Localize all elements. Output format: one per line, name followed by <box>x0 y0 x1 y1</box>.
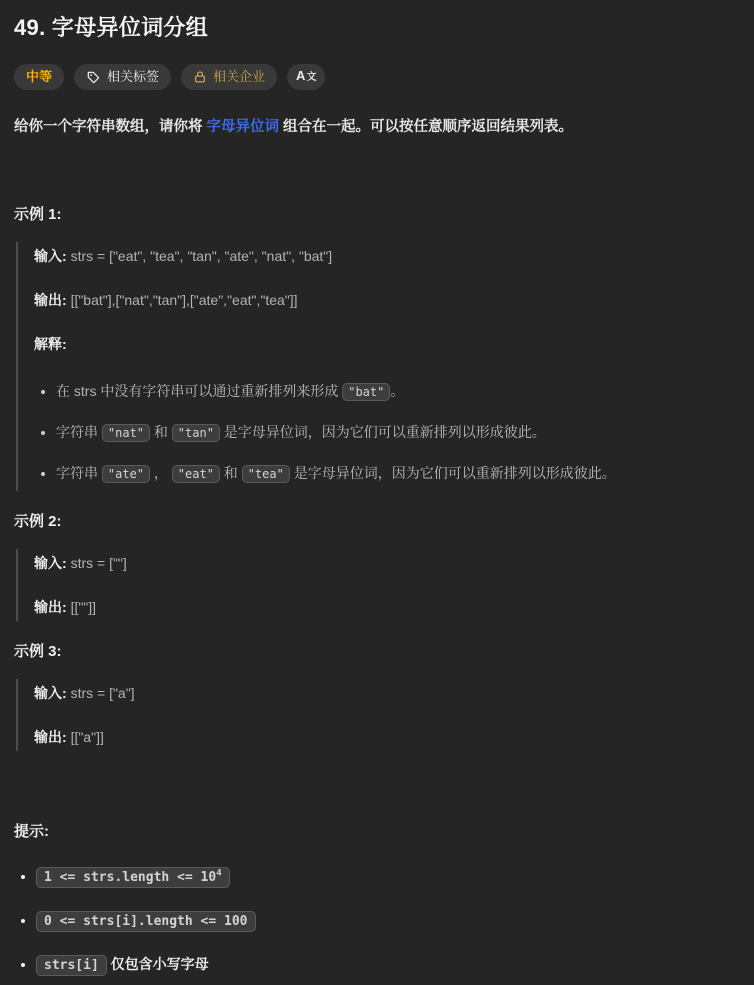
badge-row: 中等 相关标签 相关企业 A文 <box>14 64 740 90</box>
description-prefix: 给你一个字符串数组，请你将 <box>14 119 207 135</box>
example-3-output: 输出: [["a"]] <box>34 727 740 747</box>
description-suffix: 组合在一起。可以按任意顺序返回结果列表。 <box>279 119 573 135</box>
related-companies-label: 相关企业 <box>213 64 265 90</box>
example-3-input: 输入: strs = ["a"] <box>34 683 740 703</box>
translate-button[interactable]: A文 <box>287 64 325 90</box>
explanation-item: 在 strs 中没有字符串可以通过重新排列来形成 "bat"。 <box>56 378 740 405</box>
inline-code: "eat" <box>172 465 220 483</box>
inline-variable: strs <box>74 383 97 399</box>
example-2-output: 输出: [[""]] <box>34 597 740 617</box>
problem-description: 给你一个字符串数组，请你将 字母异位词 组合在一起。可以按任意顺序返回结果列表。 <box>14 116 740 138</box>
constraints-heading: 提示: <box>14 823 740 841</box>
example-1-heading: 示例 1: <box>14 206 740 224</box>
inline-code: strs[i] <box>36 955 107 976</box>
explanation-item: 字符串 "ate" ， "eat" 和 "tea" 是字母异位词，因为它们可以重… <box>56 460 740 487</box>
inline-code: "tan" <box>172 424 220 442</box>
example-2-block: 输入: strs = [""] 输出: [[""]] <box>16 549 740 621</box>
inline-code: "ate" <box>102 465 150 483</box>
example-1-explanation-label: 解释: <box>34 334 740 354</box>
lock-icon <box>193 70 207 84</box>
anagram-definition-link[interactable]: 字母异位词 <box>207 119 280 135</box>
example-1-output: 输出: [["bat"],["nat","tan"],["ate","eat",… <box>34 290 740 310</box>
inline-code: "nat" <box>102 424 150 442</box>
example-1-explanation-list: 在 strs 中没有字符串可以通过重新排列来形成 "bat"。 字符串 "nat… <box>34 378 740 487</box>
inline-code: "bat" <box>342 383 390 401</box>
constraint-item: 1 <= strs.length <= 104 <box>36 863 740 891</box>
constraints-list: 1 <= strs.length <= 104 0 <= strs[i].len… <box>14 863 740 979</box>
example-1-block: 输入: strs = ["eat", "tea", "tan", "ate", … <box>16 242 740 491</box>
explanation-item: 字符串 "nat" 和 "tan" 是字母异位词，因为它们可以重新排列以形成彼此… <box>56 419 740 446</box>
inline-code: 0 <= strs[i].length <= 100 <box>36 911 256 932</box>
related-tags-button[interactable]: 相关标签 <box>74 64 171 90</box>
problem-title: 49. 字母异位词分组 <box>14 14 740 42</box>
inline-code: 1 <= strs.length <= 104 <box>36 867 230 888</box>
example-2-input: 输入: strs = [""] <box>34 553 740 573</box>
constraint-item: 0 <= strs[i].length <= 100 <box>36 907 740 935</box>
related-companies-button[interactable]: 相关企业 <box>181 64 277 90</box>
example-2-heading: 示例 2: <box>14 513 740 531</box>
constraint-item: strs[i] 仅包含小写字母 <box>36 951 740 979</box>
example-1-input: 输入: strs = ["eat", "tea", "tan", "ate", … <box>34 246 740 266</box>
translate-icon: A文 <box>296 63 316 91</box>
example-3-heading: 示例 3: <box>14 643 740 661</box>
difficulty-badge[interactable]: 中等 <box>14 64 64 90</box>
inline-code: "tea" <box>242 465 290 483</box>
example-3-block: 输入: strs = ["a"] 输出: [["a"]] <box>16 679 740 751</box>
tag-icon <box>86 70 101 85</box>
related-tags-label: 相关标签 <box>107 64 159 90</box>
